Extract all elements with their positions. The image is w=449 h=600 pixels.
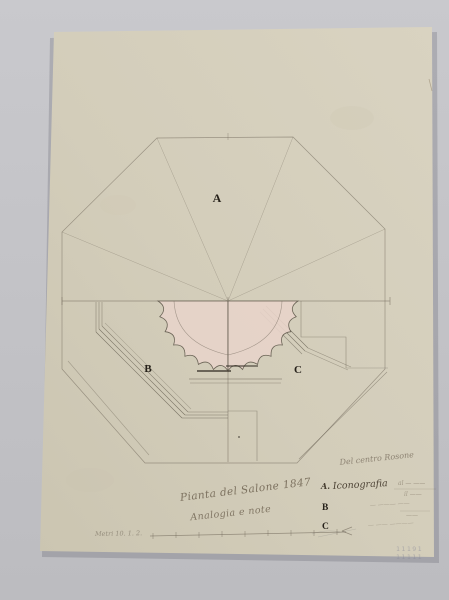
section-label-a: A (213, 191, 222, 205)
section-label-c: C (294, 364, 302, 376)
stamp-line-1: 11191 (396, 545, 423, 553)
photograph-of-drawing: A B C Pianta del Salone 1847 Analogia e … (0, 0, 449, 600)
legend-row-c-marker: C (322, 522, 329, 532)
legend-row-a-marker: A. (320, 481, 330, 491)
legend-row-b-note2: —— (406, 512, 418, 519)
legend-row-a-note2: il —— (404, 491, 422, 498)
scale-bar-label: Metri 10. 1. 2. (94, 529, 142, 538)
legend-row-a-note1: al — —— (398, 480, 425, 487)
section-label-b: B (144, 363, 152, 375)
legend-row-b-marker: B (322, 503, 329, 513)
inventory-stamp: 11191 11111 (396, 545, 423, 561)
stamp-line-2: 11111 (396, 553, 423, 561)
ink-dot (238, 436, 240, 438)
